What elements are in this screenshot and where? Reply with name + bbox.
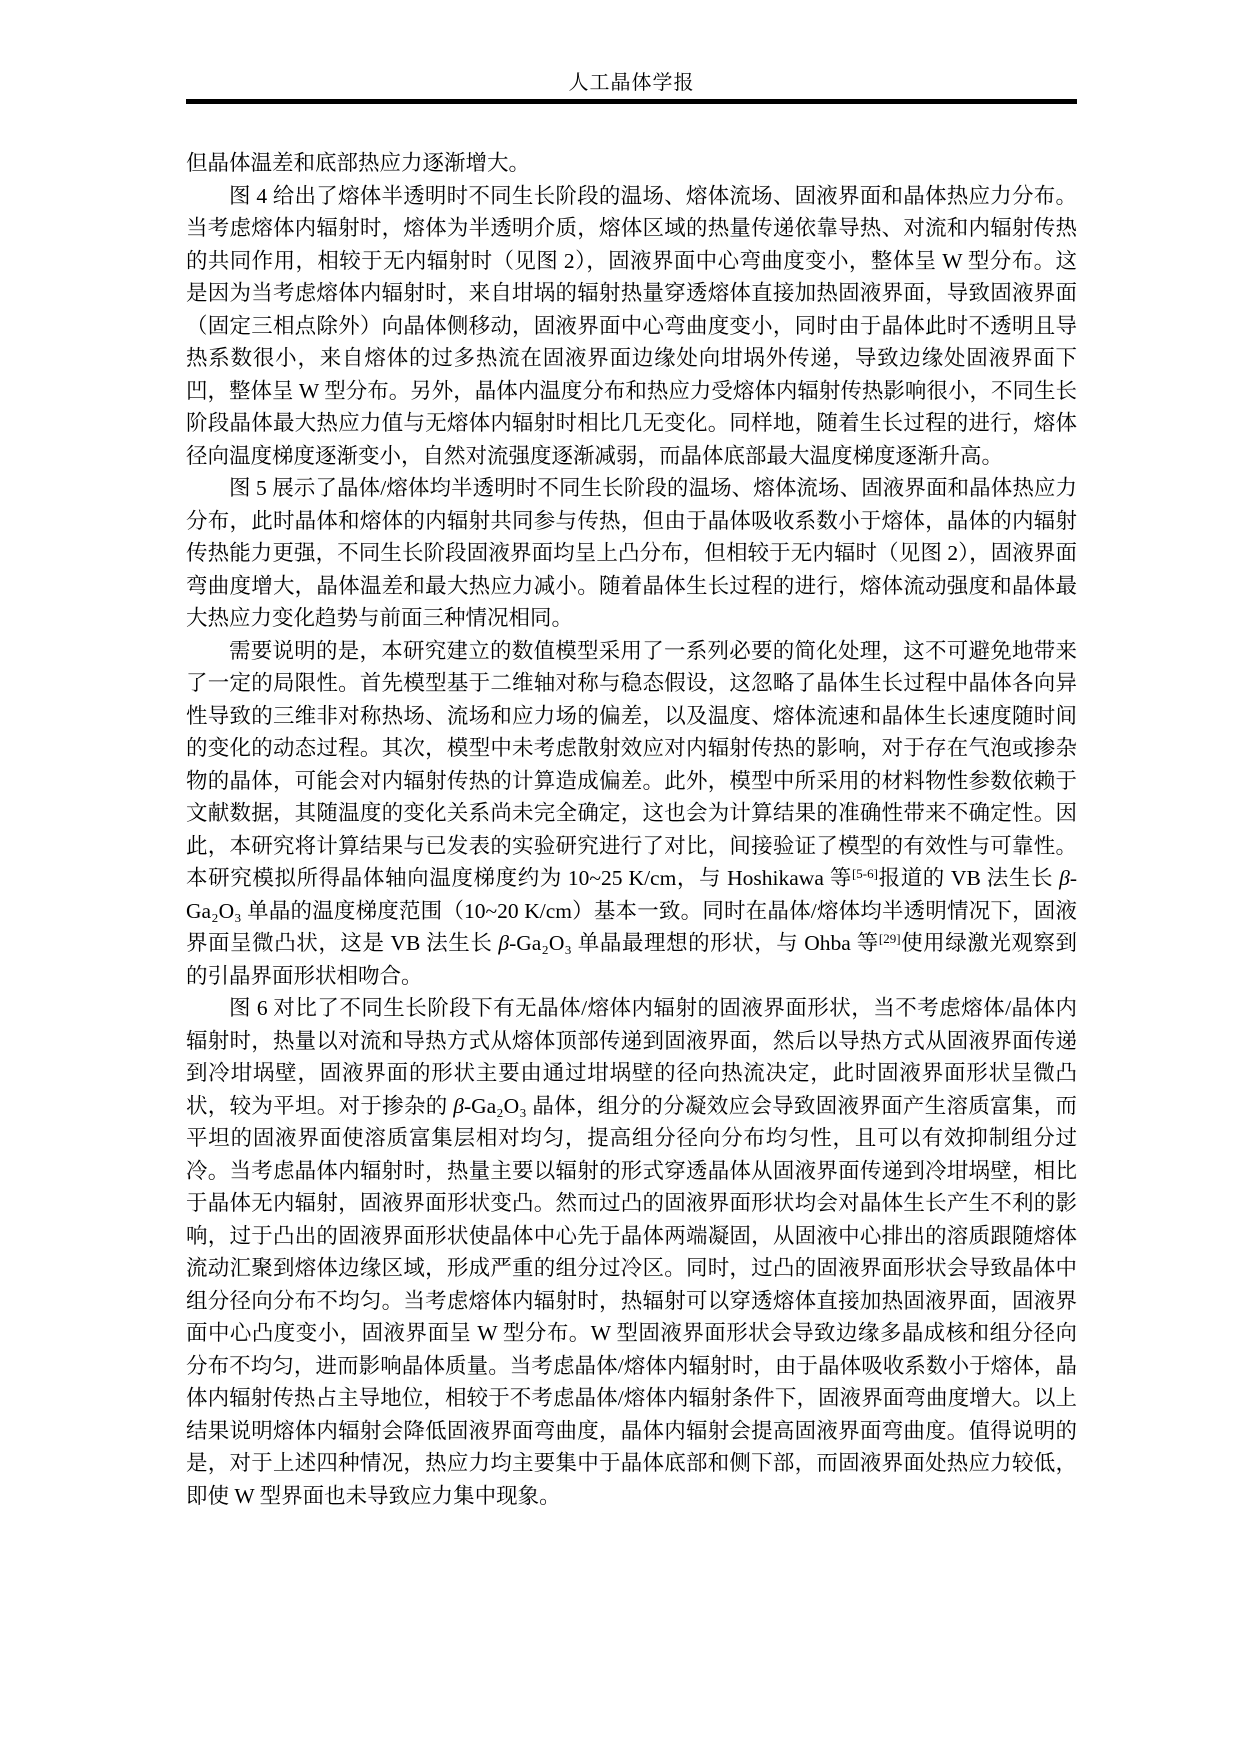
paragraph-model-limitations: 需要说明的是，本研究建立的数值模型采用了一系列必要的简化处理，这不可避免地带来了… — [186, 635, 1077, 993]
page-body: 但晶体温差和底部热应力逐渐增大。 图 4 给出了熔体半透明时不同生长阶段的温场、… — [186, 147, 1077, 1512]
paragraph-text: 需要说明的是，本研究建立的数值模型采用了一系列必要的简化处理，这不可避免地带来了… — [186, 639, 1077, 891]
paragraph-fig5-discussion: 图 5 展示了晶体/熔体均半透明时不同生长阶段的温场、熔体流场、固液界面和晶体热… — [186, 472, 1077, 635]
paragraph-continuation: 但晶体温差和底部热应力逐渐增大。 — [186, 147, 1077, 180]
citation-ref-29: [29] — [879, 931, 901, 946]
citation-ref-5-6: [5-6] — [852, 866, 878, 881]
running-head: 人工晶体学报 — [186, 0, 1077, 104]
beta-symbol: β — [1059, 866, 1070, 890]
paragraph-text: -Ga₂O₃ 单晶最理想的形状，与 Ohba 等 — [509, 931, 879, 955]
paragraph-fig6-discussion: 图 6 对比了不同生长阶段下有无晶体/熔体内辐射的固液界面形状，当不考虑熔体/晶… — [186, 992, 1077, 1512]
header-rule — [186, 99, 1077, 104]
journal-page: 人工晶体学报 但晶体温差和底部热应力逐渐增大。 图 4 给出了熔体半透明时不同生… — [186, 0, 1077, 1512]
beta-symbol: β — [498, 931, 509, 955]
beta-symbol: β — [453, 1094, 464, 1118]
journal-title: 人工晶体学报 — [186, 72, 1077, 94]
paragraph-text: 报道的 VB 法生长 — [878, 866, 1059, 890]
paragraph-text: -Ga₂O₃ 晶体，组分的分凝效应会导致固液界面产生溶质富集，而平坦的固液界面使… — [186, 1094, 1077, 1508]
paragraph-fig4-discussion: 图 4 给出了熔体半透明时不同生长阶段的温场、熔体流场、固液界面和晶体热应力分布… — [186, 180, 1077, 473]
